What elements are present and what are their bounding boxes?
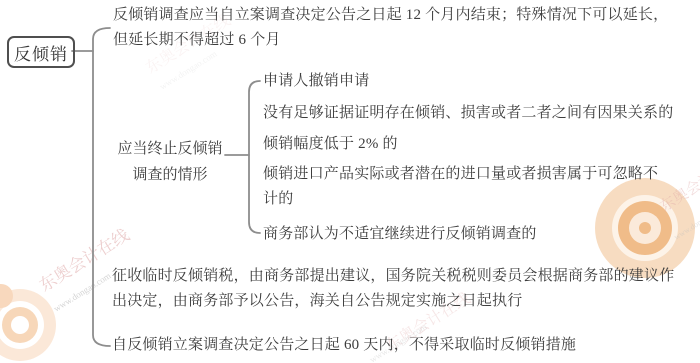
branch-duration-line1: 反倾销调查应当自立案调查决定公告之日起 12 个月内结束；特殊情况下可以延长，: [113, 7, 668, 24]
root-node: 反倾销: [7, 36, 75, 68]
termination-case: 倾销进口产品实际或者潜在的进口量或者损害属于可忽略不 计的: [263, 162, 658, 212]
watermark-url-text: www.dongao.com: [52, 271, 113, 314]
branch-provisional-duty: 征收临时反倾销税，由商务部提出建议，国务院关税税则委员会根据商务部的建议作 出决…: [112, 264, 674, 314]
watermark-url-text: www.dongao.com: [672, 203, 700, 242]
termination-sub-brace: [249, 81, 260, 233]
termination-case-line: 计的: [263, 187, 658, 212]
termination-label-line1: 应当终止反倾销: [100, 136, 240, 162]
termination-case: 商务部认为不适宜继续进行反倾销调查的: [263, 226, 537, 243]
branch-duration-line2: 但延长期不得超过 6 个月: [113, 32, 281, 49]
termination-case: 申请人撤销申请: [263, 73, 369, 90]
watermark-url-text: www.dongao.com: [158, 49, 219, 92]
root-node-label: 反倾销: [14, 40, 68, 65]
termination-case-line: 倾销进口产品实际或者潜在的进口量或者损害属于可忽略不: [263, 162, 658, 187]
branch-sixty-day-rule: 自反倾销立案调查决定公告之日起 60 天内，不得采取临时反倾销措施: [112, 337, 576, 354]
termination-label-line2: 调查的情形: [100, 162, 240, 188]
dongao-logo-icon: [0, 284, 56, 361]
diagram-canvas: 东奥会计在线 www.dongao.com 东奥会计在线 www.dongao.…: [0, 0, 700, 363]
provisional-duty-line1: 征收临时反倾销税，由商务部提出建议，国务院关税税则委员会根据商务部的建议作: [112, 264, 674, 289]
termination-case: 没有足够证据证明存在倾销、损害或者二者之间有因果关系的: [263, 105, 673, 122]
termination-label: 应当终止反倾销 调查的情形: [100, 136, 240, 188]
watermark-brand-text: 东奥会计在线: [657, 153, 700, 215]
provisional-duty-line2: 出决定，由商务部予以公告，海关自公告规定实施之日起执行: [112, 289, 674, 314]
termination-case: 倾销幅度低于 2% 的: [263, 136, 398, 153]
